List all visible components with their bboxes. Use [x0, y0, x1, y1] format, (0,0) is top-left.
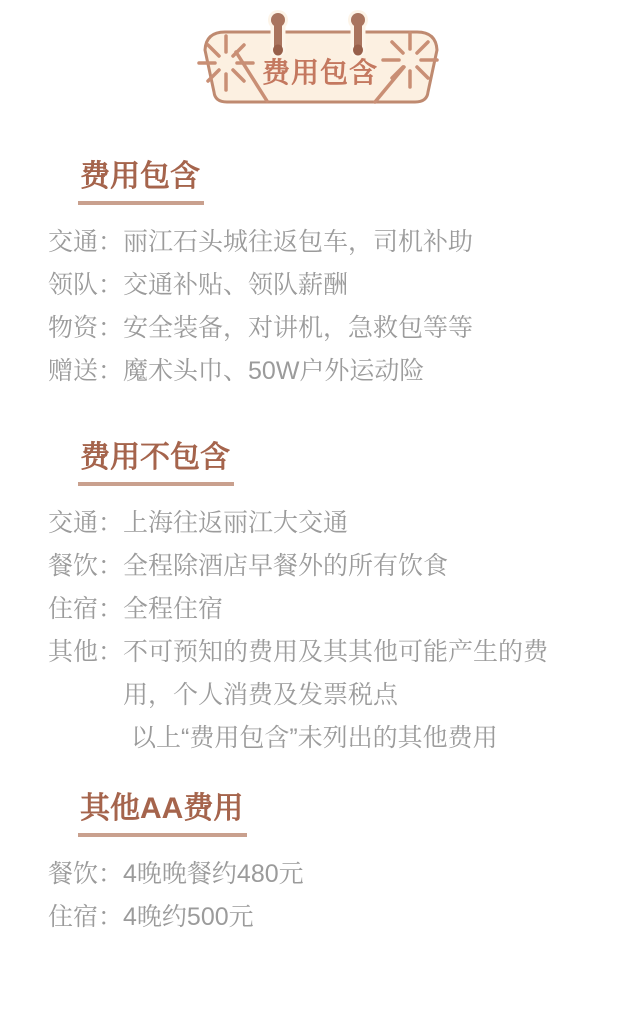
banner-title: 费用包含 [262, 56, 378, 88]
section-fee-included: 费用包含 交通： 丽江石头城往返包车，司机补助 领队： 交通补贴、领队薪酬 物资… [48, 158, 596, 393]
fee-item-row: 住宿： 全程住宿 [48, 588, 596, 631]
fee-item-row: 餐饮： 全程除酒店早餐外的所有饮食 [48, 545, 596, 588]
fee-item-text: 丽江石头城往返包车，司机补助 [123, 221, 596, 264]
fee-item-row: 餐饮： 4晚晚餐约480元 [48, 853, 596, 896]
fee-item-text-line: 以上“费用包含”未列出的其他费用 [131, 717, 596, 760]
fee-item-row: 住宿： 4晚约500元 [48, 896, 596, 939]
fee-item-row: 交通： 丽江石头城往返包车，司机补助 [48, 221, 596, 264]
section-title: 费用不包含 [78, 439, 234, 486]
fee-item-text: 全程住宿 [123, 588, 596, 631]
section-fee-aa: 其他AA费用 餐饮： 4晚晚餐约480元 住宿： 4晚约500元 [48, 790, 596, 939]
fee-item-label: 物资： [48, 307, 123, 350]
fee-item-list: 交通： 上海往返丽江大交通 餐饮： 全程除酒店早餐外的所有饮食 住宿： 全程住宿… [48, 502, 596, 760]
fee-item-row: 领队： 交通补贴、领队薪酬 [48, 264, 596, 307]
fee-item-text: 上海往返丽江大交通 [123, 502, 596, 545]
fee-item-text: 全程除酒店早餐外的所有饮食 [123, 545, 596, 588]
section-title: 其他AA费用 [78, 790, 247, 837]
fee-item-text: 不可预知的费用及其其他可能产生的费 用，个人消费及发票税点 以上“费用包含”未列… [123, 631, 596, 760]
fee-item-text: 魔术头巾、50W户外运动险 [123, 350, 596, 393]
fee-item-text-line: 不可预知的费用及其其他可能产生的费 [123, 631, 596, 674]
section-fee-excluded: 费用不包含 交通： 上海往返丽江大交通 餐饮： 全程除酒店早餐外的所有饮食 住宿… [48, 439, 596, 760]
fee-page: 费用包含 费用包含 交通： 丽江石头城往返包车，司机补助 领队： 交通补贴、领队… [0, 0, 640, 1029]
fee-banner: 费用包含 [0, 0, 640, 122]
fee-item-label: 交通： [48, 221, 123, 264]
fee-item-row: 其他： 不可预知的费用及其其他可能产生的费 用，个人消费及发票税点 以上“费用包… [48, 631, 596, 760]
fee-item-text: 安全装备，对讲机，急救包等等 [123, 307, 596, 350]
fee-item-label: 餐饮： [48, 545, 123, 588]
fee-item-row: 交通： 上海往返丽江大交通 [48, 502, 596, 545]
fee-item-list: 餐饮： 4晚晚餐约480元 住宿： 4晚约500元 [48, 853, 596, 939]
fee-item-label: 餐饮： [48, 853, 123, 896]
fee-item-text: 4晚约500元 [123, 896, 596, 939]
fee-item-text-line: 用，个人消费及发票税点 [123, 674, 596, 717]
fee-item-label: 其他： [48, 631, 123, 674]
fee-item-label: 住宿： [48, 896, 123, 939]
pin-icon [348, 10, 368, 56]
fee-item-text: 4晚晚餐约480元 [123, 853, 596, 896]
fee-item-label: 交通： [48, 502, 123, 545]
section-title: 费用包含 [78, 158, 204, 205]
pin-icon [268, 10, 288, 56]
fee-item-row: 赠送： 魔术头巾、50W户外运动险 [48, 350, 596, 393]
fee-item-label: 住宿： [48, 588, 123, 631]
fee-item-label: 赠送： [48, 350, 123, 393]
fee-item-label: 领队： [48, 264, 123, 307]
fee-item-list: 交通： 丽江石头城往返包车，司机补助 领队： 交通补贴、领队薪酬 物资： 安全装… [48, 221, 596, 393]
fee-item-text: 交通补贴、领队薪酬 [123, 264, 596, 307]
fee-item-row: 物资： 安全装备，对讲机，急救包等等 [48, 307, 596, 350]
